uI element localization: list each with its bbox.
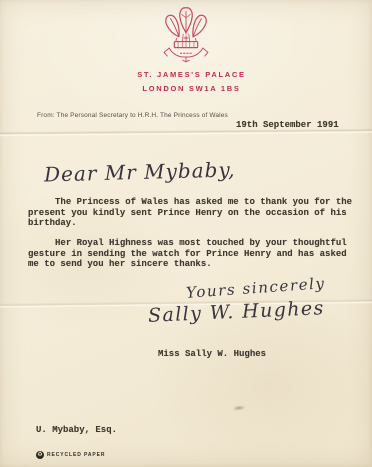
letterhead-address: LONDON SW1A 1BS [0,84,372,93]
recycled-paper-label: RECYCLED PAPER [47,452,105,458]
handwritten-signature: Sally W. Hughes [148,297,326,327]
body-paragraph-2: Her Royal Highness was most touched by y… [28,238,347,270]
handwritten-salutation: Dear Mr Mybaby, [44,157,236,186]
letter-page: ST. JAMES'S PALACE LONDON SW1A 1BS From:… [0,0,372,467]
typed-signatory-name: Miss Sally W. Hughes [158,349,266,360]
printed-from-line: From: The Personal Secretary to H.R.H. T… [37,112,228,119]
recycle-icon: ♻ [36,451,44,459]
recycled-paper-mark: ♻ RECYCLED PAPER [36,451,105,459]
prince-of-wales-feathers-crest-icon [156,6,216,64]
letterhead-palace-name: ST. JAMES'S PALACE [0,70,372,79]
letter-date: 19th September 1991 [236,120,339,131]
pencil-smudge-mark [231,404,248,412]
recipient-name: U. Mybaby, Esq. [36,425,117,436]
body-paragraph-1: The Princess of Wales has asked me to th… [28,197,352,229]
